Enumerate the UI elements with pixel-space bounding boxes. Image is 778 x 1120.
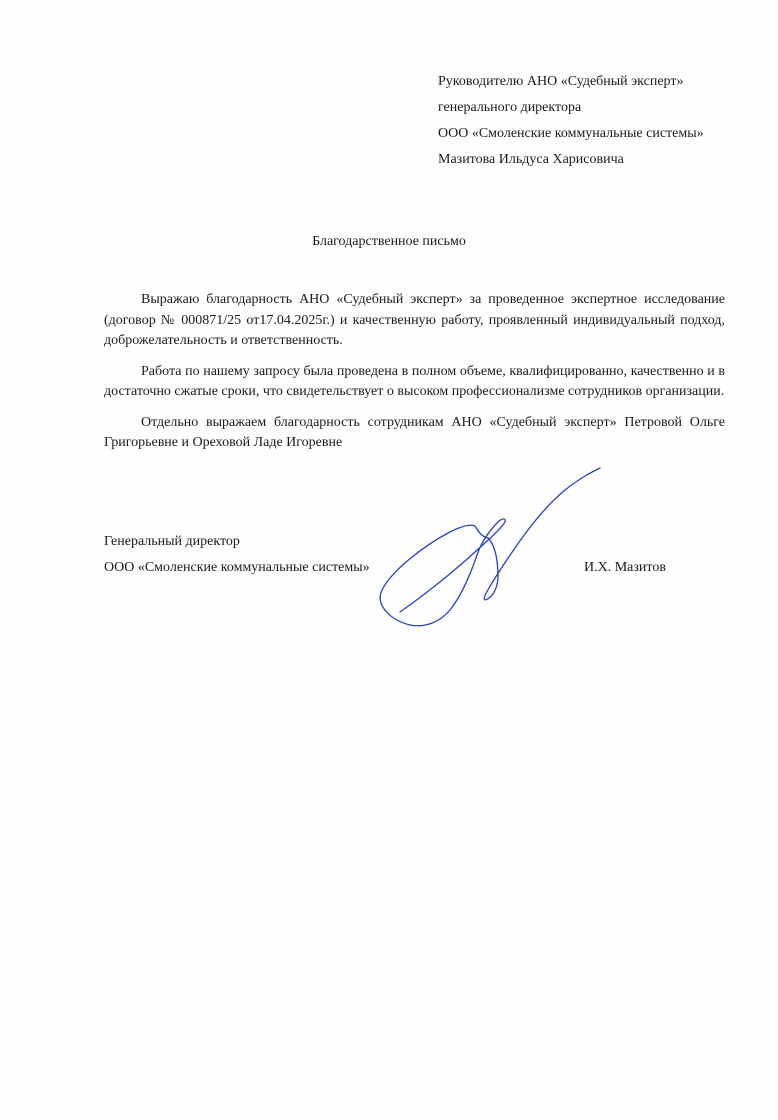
addressee-line: генерального директора — [438, 95, 704, 121]
addressee-line: ООО «Смоленские коммунальные системы» — [438, 121, 704, 147]
addressee-line: Руководителю АНО «Судебный эксперт» — [438, 69, 704, 95]
letter-title: Благодарственное письмо — [0, 234, 778, 250]
handwritten-signature-icon — [370, 460, 610, 650]
letter-page: Руководителю АНО «Судебный эксперт» гене… — [0, 0, 778, 1120]
signatory-organization: ООО «Смоленские коммунальные системы» — [104, 555, 370, 581]
body-paragraph: Работа по нашему запросу была проведена … — [104, 362, 725, 403]
addressee-line: Мазитова Ильдуса Харисовича — [438, 147, 704, 173]
body-paragraph: Отдельно выражаем благодарность сотрудни… — [104, 413, 725, 454]
letter-body: Выражаю благодарность АНО «Судебный эксп… — [104, 290, 725, 464]
signatory-block: Генеральный директор ООО «Смоленские ком… — [104, 529, 370, 581]
body-paragraph: Выражаю благодарность АНО «Судебный эксп… — [104, 290, 725, 352]
signatory-name: И.Х. Мазитов — [584, 555, 666, 581]
signatory-position: Генеральный директор — [104, 529, 370, 555]
addressee-block: Руководителю АНО «Судебный эксперт» гене… — [438, 69, 704, 173]
